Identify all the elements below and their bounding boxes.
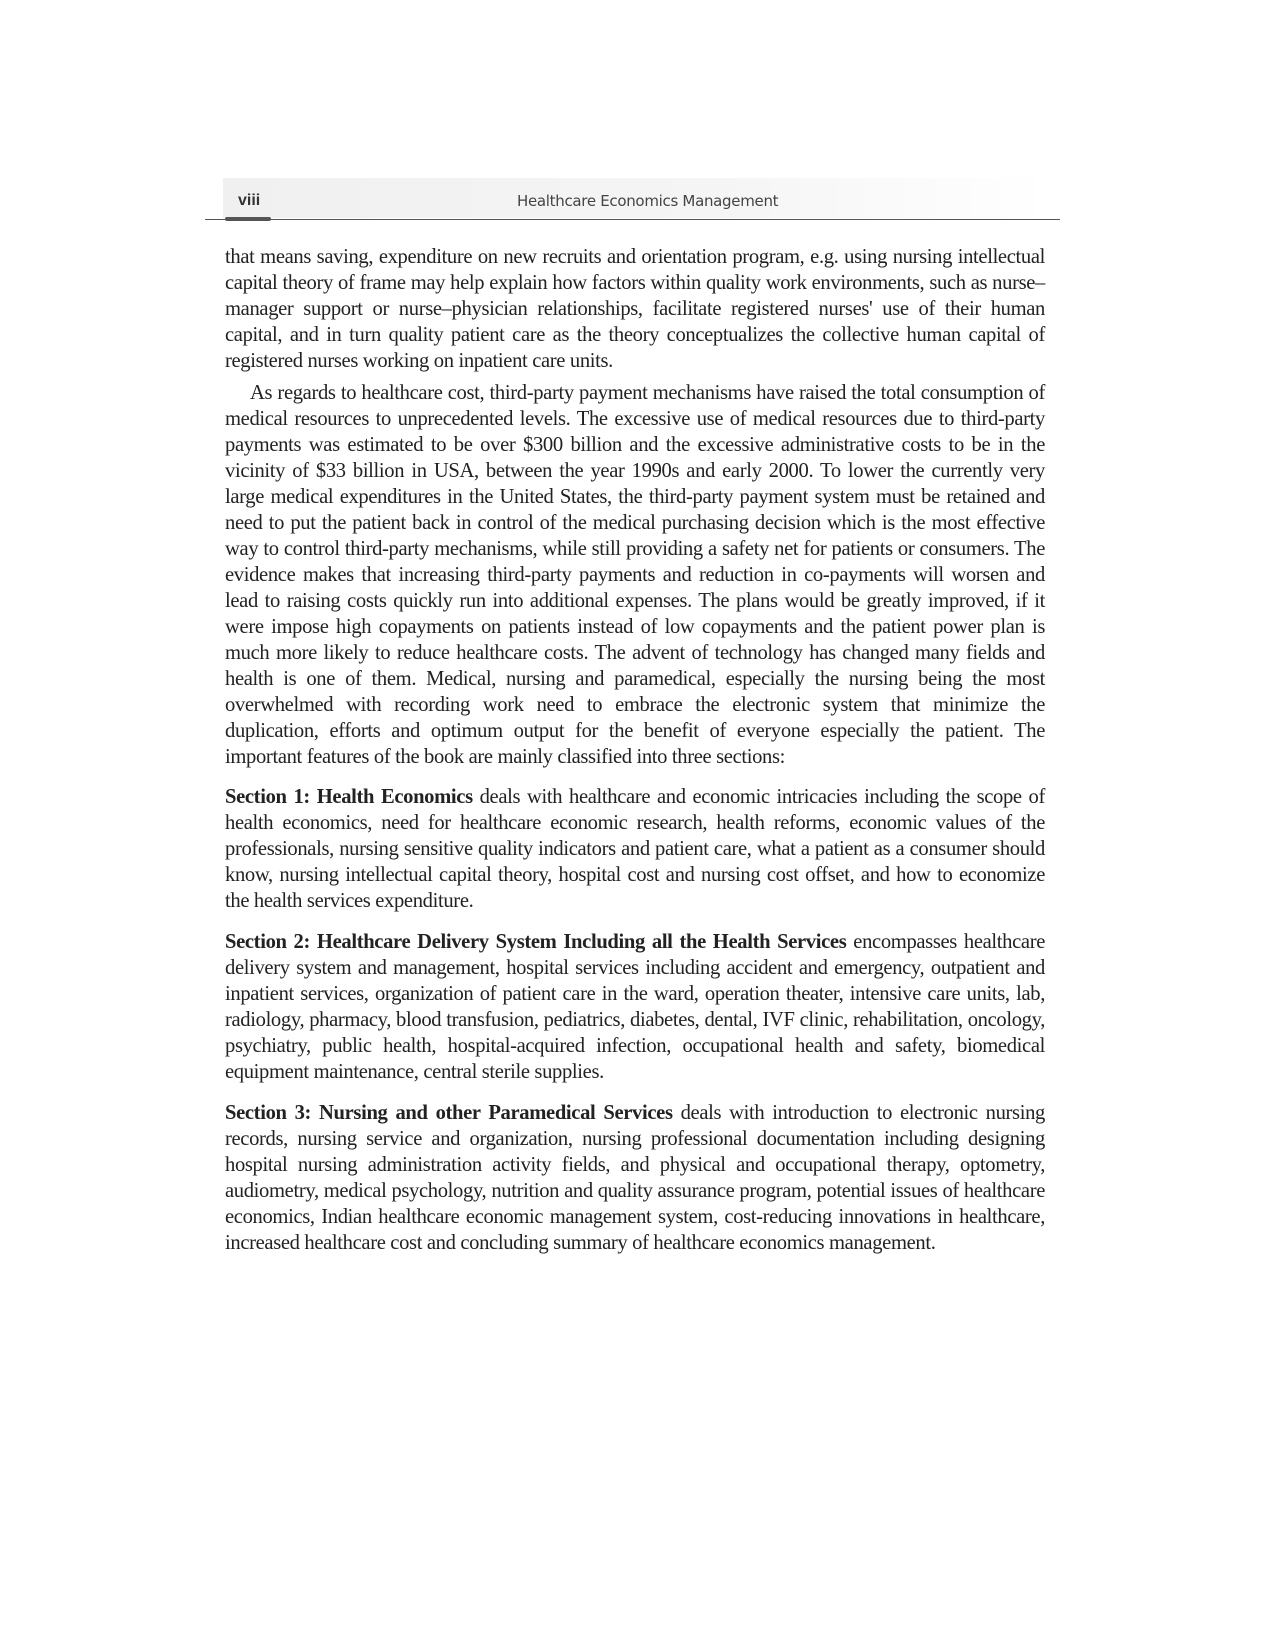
page-body: that means saving, expenditure on new re… <box>225 244 1045 1256</box>
section-2-title: Section 2: Healthcare Delivery System In… <box>225 931 846 953</box>
section-1-title: Section 1: Health Economics <box>225 786 473 808</box>
section-2-text: encompasses healthcare delivery system a… <box>225 931 1045 1083</box>
page-number: viii <box>238 192 260 210</box>
section-1-summary: Section 1: Health Economics deals with h… <box>225 784 1045 914</box>
section-3-title: Section 3: Nursing and other Paramedical… <box>225 1102 673 1124</box>
section-2-summary: Section 2: Healthcare Delivery System In… <box>225 929 1045 1085</box>
header-rule <box>205 219 1060 220</box>
section-3-text: deals with introduction to electronic nu… <box>225 1102 1045 1254</box>
page-header: viii Healthcare Economics Management <box>205 178 1060 222</box>
section-3-summary: Section 3: Nursing and other Paramedical… <box>225 1100 1045 1256</box>
paragraph-continued: that means saving, expenditure on new re… <box>225 244 1045 374</box>
paragraph-healthcare-cost: As regards to healthcare cost, third-par… <box>225 380 1045 770</box>
running-title: Healthcare Economics Management <box>517 192 778 210</box>
header-rule-tab <box>225 217 271 221</box>
